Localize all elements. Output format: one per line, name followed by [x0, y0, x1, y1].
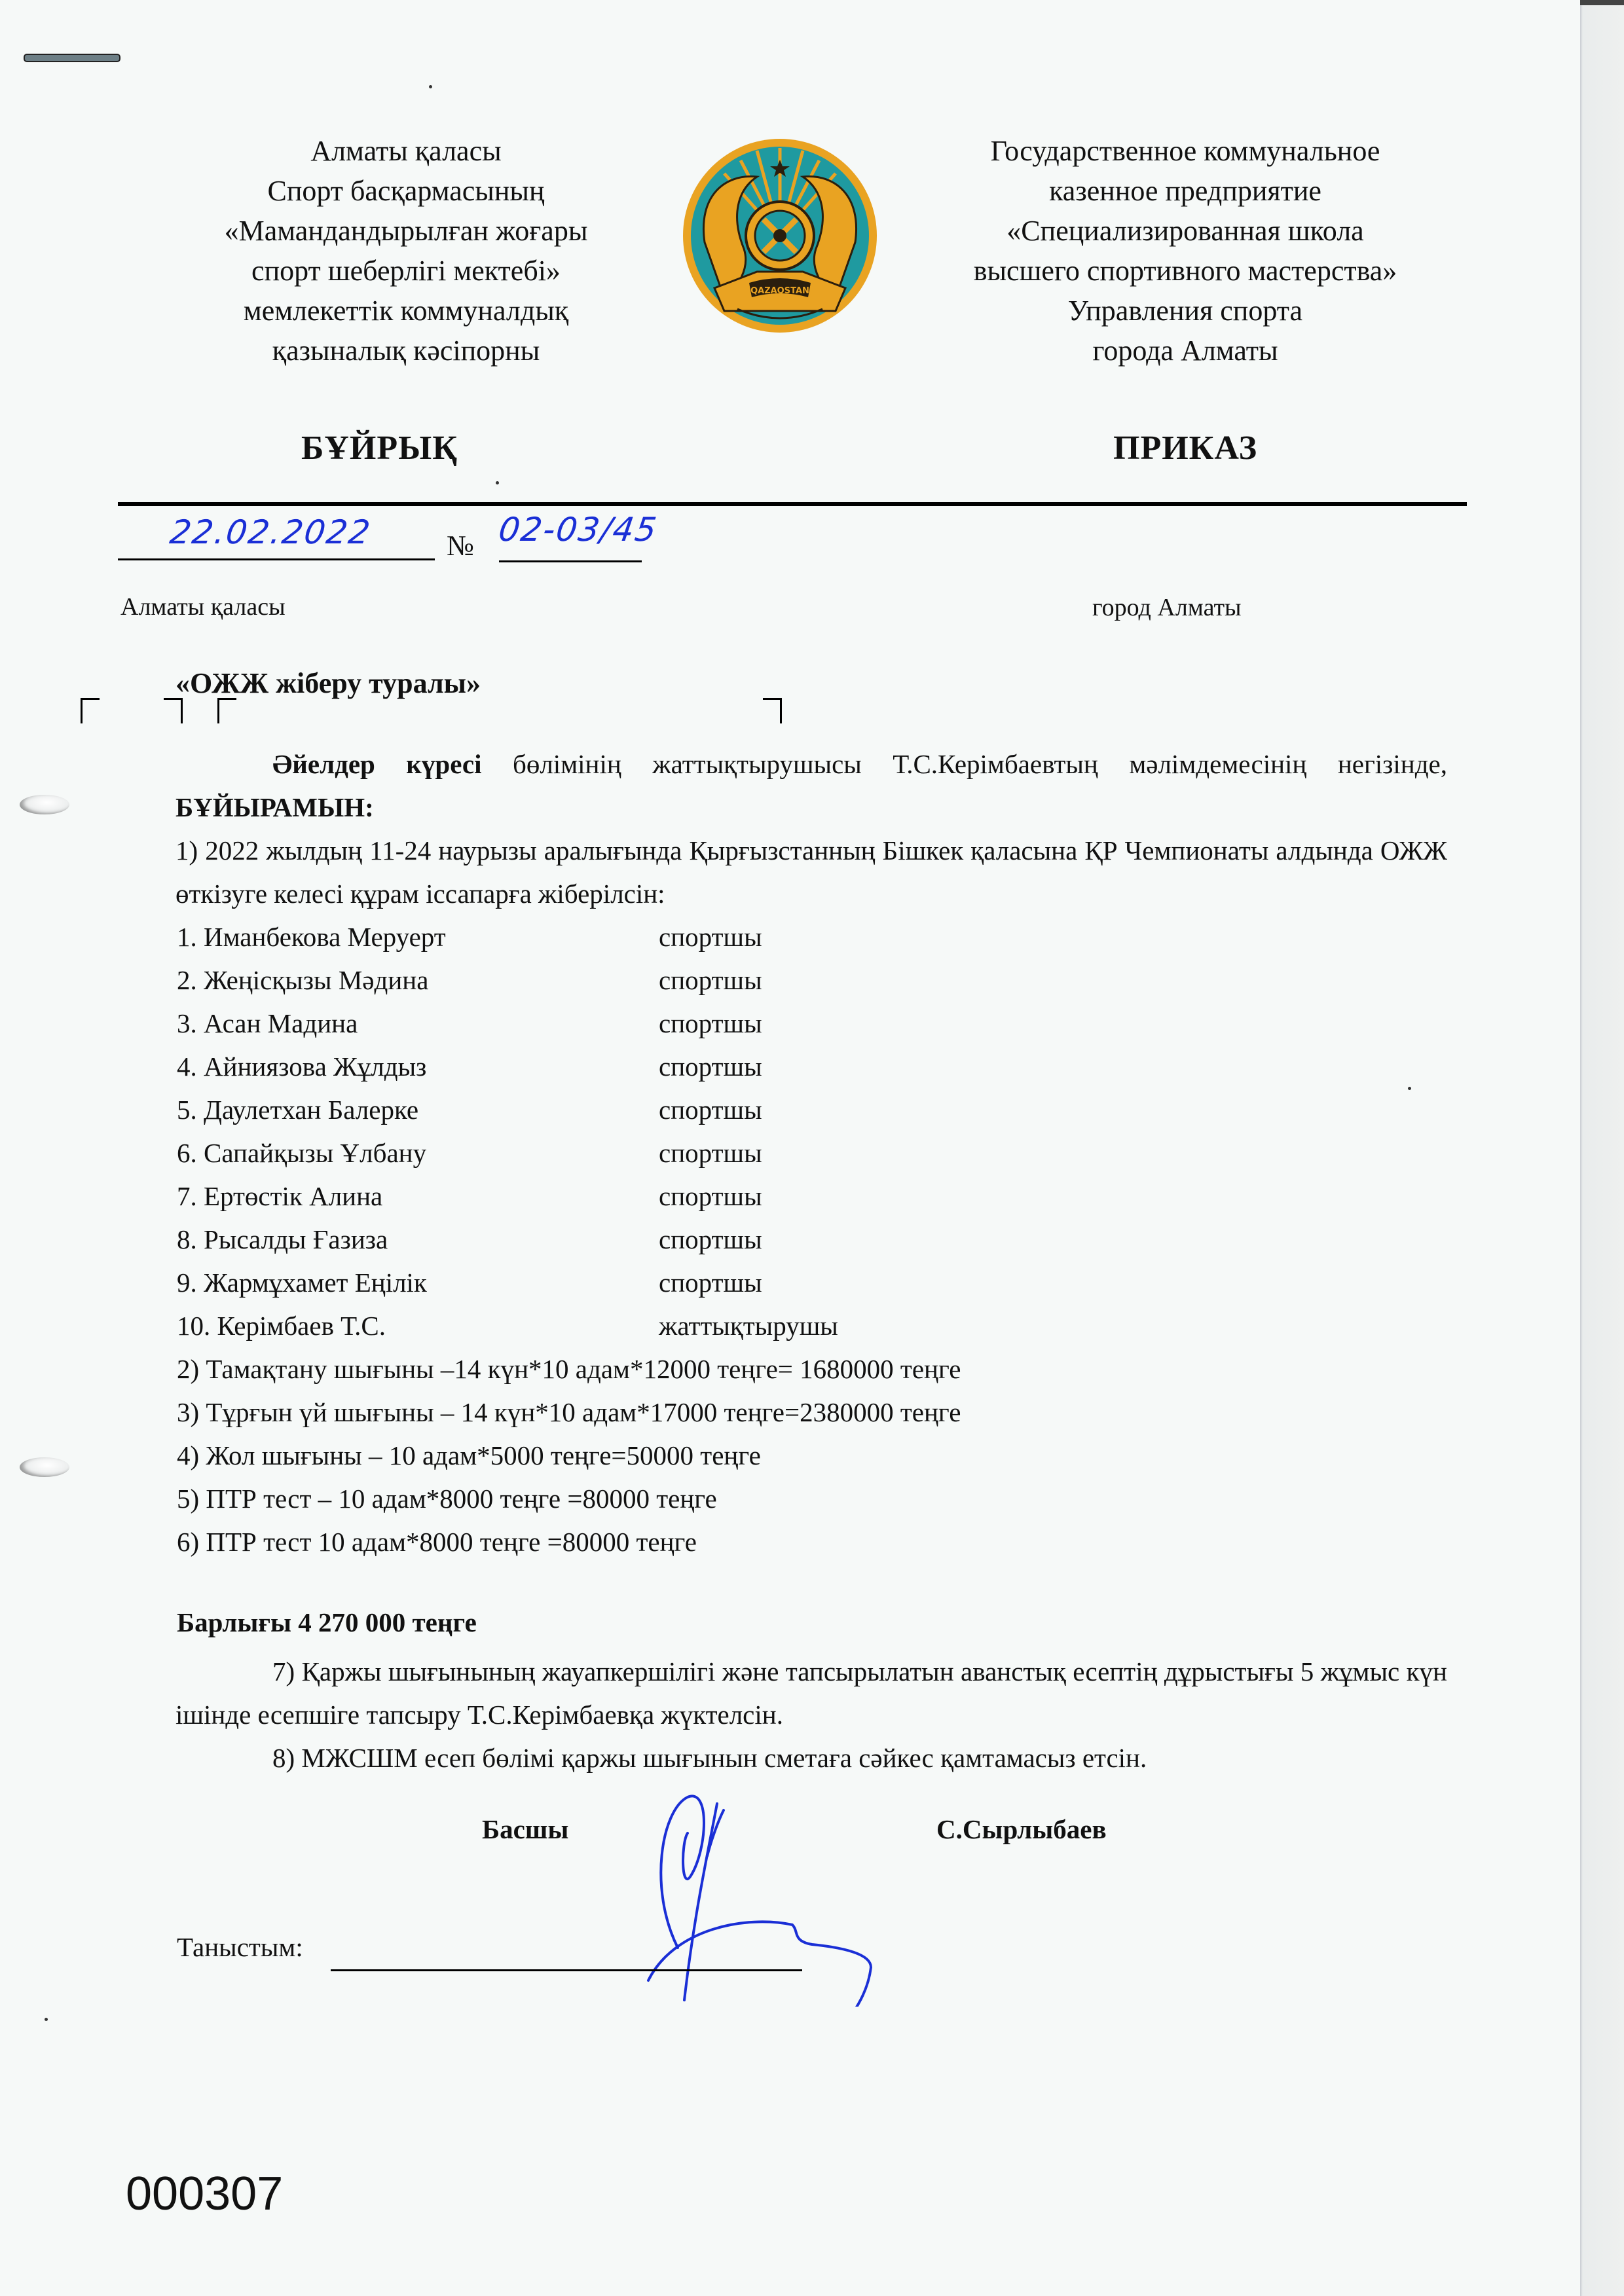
- roster-name: 7. Ертөстік Алина: [177, 1175, 659, 1218]
- acknowledged-signature-line: [331, 1969, 802, 1971]
- header-ru-line: казенное предприятие: [930, 171, 1441, 211]
- corner-mark: [81, 698, 100, 723]
- expense-item: 6) ПТР тест 10 адам*8000 теңге =80000 те…: [177, 1520, 961, 1563]
- expense-list: 2) Тамақтану шығыны –14 күн*10 адам*1200…: [177, 1347, 961, 1563]
- delegation-roster: 1. Иманбекова Меруертспортшы 2. Жеңісқыз…: [177, 915, 963, 1347]
- roster-name: 8. Рысалды Ғазиза: [177, 1218, 659, 1261]
- roster-row: 3. Асан Мадинаспортшы: [177, 1002, 963, 1045]
- roster-role: спортшы: [659, 1045, 762, 1088]
- city-kz: Алматы қаласы: [120, 592, 286, 621]
- order-number: 02-03/45: [496, 511, 660, 549]
- adjacent-page-edge: [1580, 0, 1624, 2296]
- roster-role: спортшы: [659, 1261, 762, 1304]
- staple-mark: [24, 54, 120, 62]
- header-kz-line: Спорт басқармасының: [151, 171, 661, 211]
- corner-mark: [763, 698, 782, 723]
- intro-command: БҰЙЫРАМЫН:: [175, 792, 374, 822]
- kazakhstan-state-emblem-icon: QAZAQSTAN: [678, 137, 881, 340]
- header-org-kz: Алматы қаласы Спорт басқармасының «Маман…: [151, 131, 661, 371]
- expense-item: 3) Тұрғын үй шығыны – 14 күн*10 адам*170…: [177, 1391, 961, 1434]
- expense-item: 4) Жол шығыны – 10 адам*5000 теңге=50000…: [177, 1434, 961, 1477]
- intro-paragraph: Әйелдер күресі бөлімінің жаттықтырушысы …: [175, 742, 1447, 829]
- roster-role: жаттықтырушы: [659, 1304, 838, 1347]
- signatory-role: Басшы: [482, 1813, 568, 1845]
- document-title-kz: БҰЙРЫҚ: [301, 429, 458, 467]
- header-org-ru: Государственное коммунальное казенное пр…: [930, 131, 1441, 371]
- header-kz-line: «Мамандандырылған жоғары: [151, 211, 661, 251]
- date-underline: [118, 558, 435, 560]
- intro-lead: Әйелдер күресі: [272, 749, 482, 779]
- header-ru-line: города Алматы: [930, 331, 1441, 371]
- svg-text:QAZAQSTAN: QAZAQSTAN: [750, 286, 809, 296]
- roster-row: 9. Жармұхамет Еңілікспортшы: [177, 1261, 963, 1304]
- corner-mark: [217, 698, 236, 723]
- roster-role: спортшы: [659, 958, 762, 1002]
- expense-total: Барлығы 4 270 000 теңге: [177, 1607, 477, 1638]
- roster-name: 6. Сапайқызы Ұлбану: [177, 1131, 659, 1175]
- document-title-ru: ПРИКАЗ: [1113, 429, 1257, 467]
- expense-item: 5) ПТР тест – 10 адам*8000 теңге =80000 …: [177, 1477, 961, 1520]
- header-kz-line: қазыналық кәсіпорны: [151, 331, 661, 371]
- corner-mark: [164, 698, 183, 723]
- item-1-paragraph: 1) 2022 жылдың 11-24 наурызы аралығында …: [175, 829, 1447, 915]
- scan-speck: [45, 2018, 48, 2021]
- header-ru-line: «Специализированная школа: [930, 211, 1441, 251]
- item-8-paragraph: 8) МЖСШМ есеп бөлімі қаржы шығынын смета…: [175, 1736, 1447, 1779]
- expense-item: 2) Тамақтану шығыны –14 күн*10 адам*1200…: [177, 1347, 961, 1391]
- roster-role: спортшы: [659, 1218, 762, 1261]
- roster-row: 7. Ертөстік Алинаспортшы: [177, 1175, 963, 1218]
- roster-role: спортшы: [659, 915, 762, 958]
- header-divider: [118, 502, 1467, 506]
- punch-hole-bottom: [20, 1457, 69, 1477]
- roster-name: 5. Даулетхан Балерке: [177, 1088, 659, 1131]
- roster-name: 1. Иманбекова Меруерт: [177, 915, 659, 958]
- item-7-paragraph: 7) Қаржы шығынының жауапкершілігі және т…: [175, 1650, 1447, 1736]
- number-underline: [499, 560, 642, 562]
- roster-row: 1. Иманбекова Меруертспортшы: [177, 915, 963, 958]
- roster-row: 4. Айниязова Жұлдызспортшы: [177, 1045, 963, 1088]
- city-ru: город Алматы: [1092, 593, 1242, 622]
- roster-name: 10. Керімбаев Т.С.: [177, 1304, 659, 1347]
- acknowledged-label: Таныстым:: [177, 1931, 303, 1963]
- roster-name: 4. Айниязова Жұлдыз: [177, 1045, 659, 1088]
- roster-role: спортшы: [659, 1131, 762, 1175]
- number-sign: №: [447, 529, 474, 562]
- roster-row: 2. Жеңісқызы Мәдинаспортшы: [177, 958, 963, 1002]
- header-ru-line: Управления спорта: [930, 291, 1441, 331]
- roster-name: 2. Жеңісқызы Мәдина: [177, 958, 659, 1002]
- header-kz-line: спорт шеберлігі мектебі»: [151, 251, 661, 291]
- scan-speck: [1408, 1087, 1411, 1090]
- roster-role: спортшы: [659, 1088, 762, 1131]
- handwritten-signature: [576, 1784, 1048, 2007]
- scan-speck: [496, 481, 499, 484]
- punch-hole-top: [20, 795, 69, 814]
- roster-role: спортшы: [659, 1002, 762, 1045]
- roster-role: спортшы: [659, 1175, 762, 1218]
- header-ru-line: Государственное коммунальное: [930, 131, 1441, 171]
- roster-row: 8. Рысалды Ғазизаспортшы: [177, 1218, 963, 1261]
- header-kz-line: Алматы қаласы: [151, 131, 661, 171]
- order-subject: «ОЖЖ жіберу туралы»: [175, 666, 481, 700]
- roster-name: 3. Асан Мадина: [177, 1002, 659, 1045]
- roster-name: 9. Жармұхамет Еңілік: [177, 1261, 659, 1304]
- roster-row: 6. Сапайқызы Ұлбануспортшы: [177, 1131, 963, 1175]
- scan-speck: [429, 85, 432, 88]
- header-ru-line: высшего спортивного мастерства»: [930, 251, 1441, 291]
- header-kz-line: мемлекеттік коммуналдық: [151, 291, 661, 331]
- intro-text: бөлімінің жаттықтырушысы Т.С.Керімбаевты…: [482, 749, 1447, 779]
- roster-row: 5. Даулетхан Балеркеспортшы: [177, 1088, 963, 1131]
- document-serial-number: 000307: [126, 2167, 283, 2221]
- scan-edge-shadow: [1580, 0, 1624, 5]
- order-date: 22.02.2022: [168, 513, 373, 551]
- roster-row: 10. Керімбаев Т.С.жаттықтырушы: [177, 1304, 963, 1347]
